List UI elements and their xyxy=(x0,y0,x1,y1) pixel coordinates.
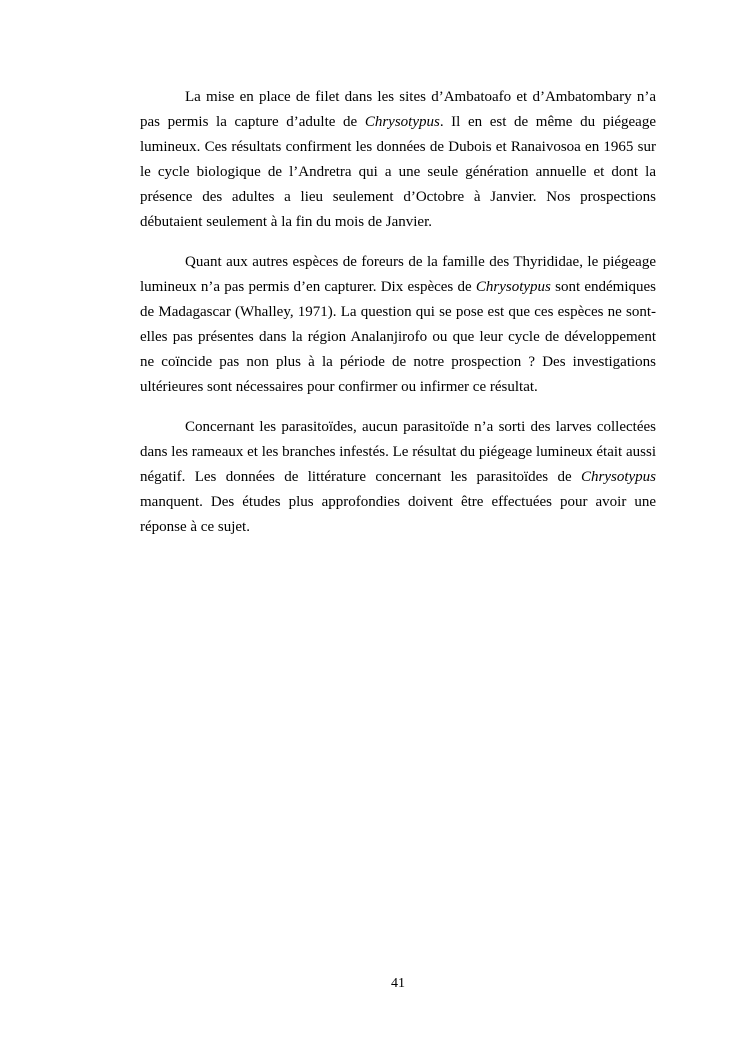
page-number: 41 xyxy=(391,976,405,991)
text-segment: manquent. Des études plus approfondies d… xyxy=(140,494,656,535)
species-name-italic: Chrysotypus xyxy=(581,469,656,485)
species-name-italic: Chrysotypus xyxy=(365,114,440,130)
document-page: La mise en place de filet dans les sites… xyxy=(0,0,745,1053)
text-segment: Concernant les parasitoïdes, aucun paras… xyxy=(140,419,656,485)
paragraph: Concernant les parasitoïdes, aucun paras… xyxy=(140,415,656,540)
document-body: La mise en place de filet dans les sites… xyxy=(140,85,656,555)
paragraph: Quant aux autres espèces de foreurs de l… xyxy=(140,250,656,400)
page-footer: 41 xyxy=(140,974,656,992)
paragraph: La mise en place de filet dans les sites… xyxy=(140,85,656,235)
species-name-italic: Chrysotypus xyxy=(476,279,551,295)
text-segment: sont endémiques de Madagascar (Whalley, … xyxy=(140,279,656,395)
text-segment: . Il en est de même du piégeage lumineux… xyxy=(140,114,656,230)
